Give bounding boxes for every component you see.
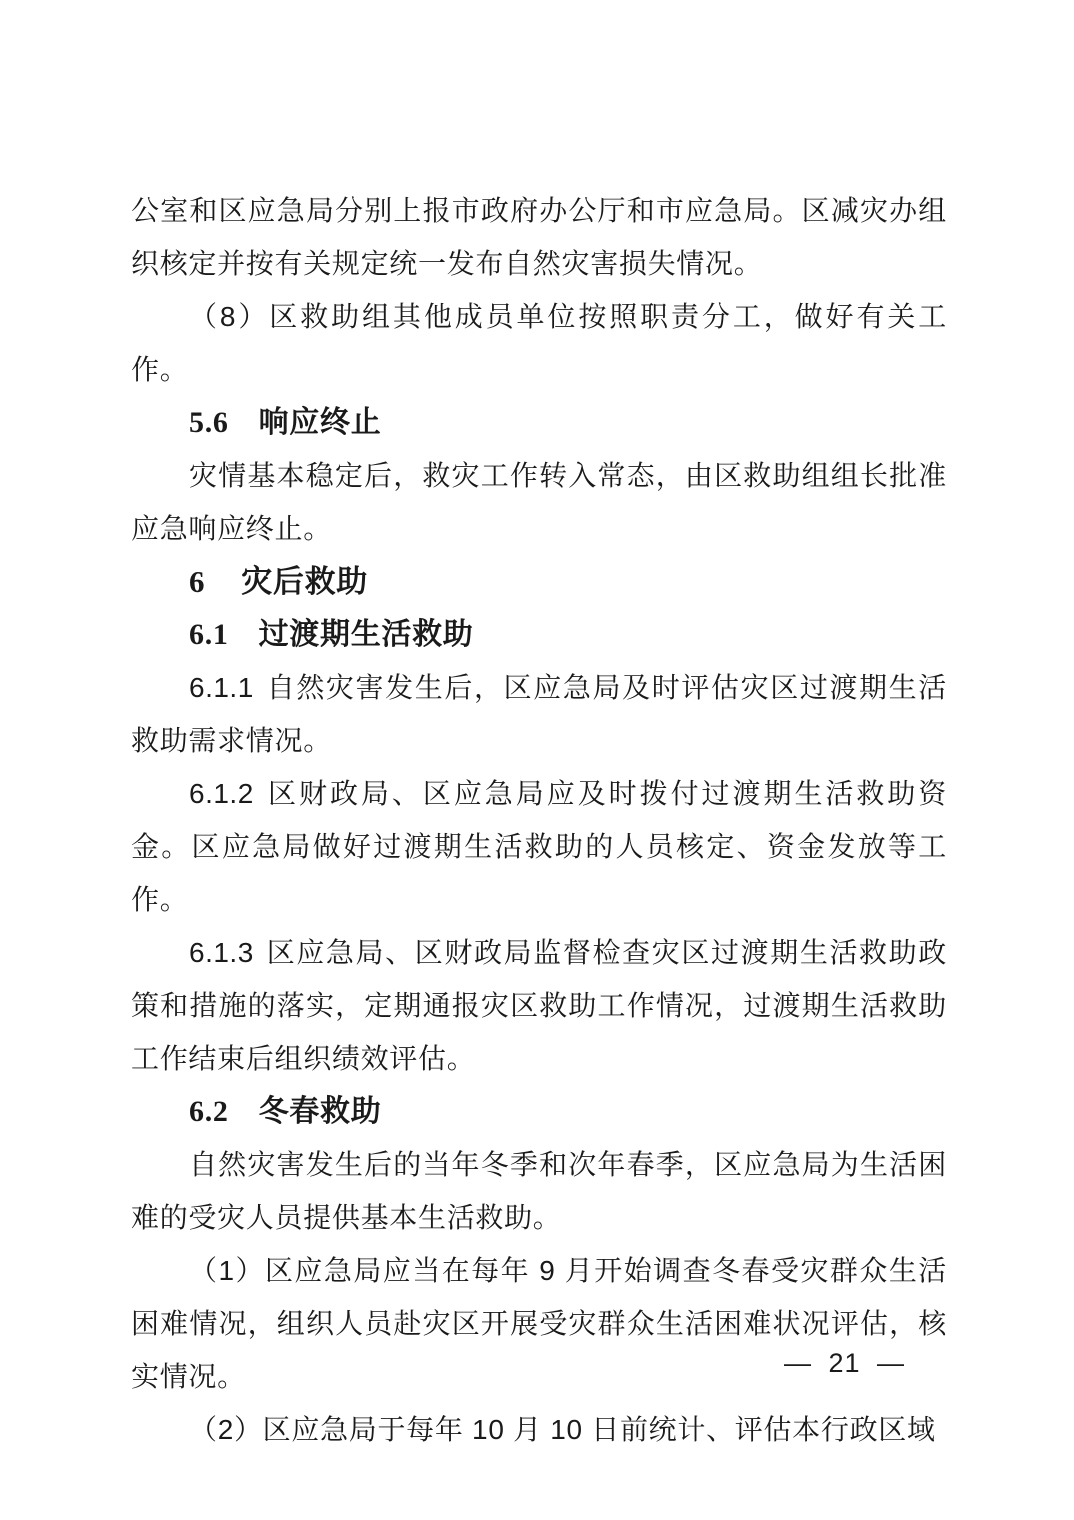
heading-title: 响应终止	[259, 406, 382, 439]
document-body: 公室和区应急局分别上报市政府办公厅和市应急局。区减灾办组织核定并按有关规定统一发…	[131, 184, 947, 1456]
paragraph-section-number: 6.1.1	[189, 672, 254, 703]
heading-6-1: 6.1过渡期生活救助	[131, 608, 947, 661]
paragraph-item-2: （2）区应急局于每年 10 月 10 日前统计、评估本行政区域	[131, 1403, 947, 1456]
paragraph-6-1-1: 6.1.1自然灾害发生后，区应急局及时评估灾区过渡期生活救助需求情况。	[131, 661, 947, 767]
heading-title: 灾后救助	[241, 564, 368, 599]
heading-title: 冬春救助	[259, 1095, 382, 1128]
paragraph-item-1: （1）区应急局应当在每年 9 月开始调查冬春受灾群众生活困难情况，组织人员赴灾区…	[131, 1244, 947, 1403]
paragraph-response-end: 灾情基本稳定后，救灾工作转入常态，由区救助组组长批准应急响应终止。	[131, 449, 947, 555]
heading-6: 6灾后救助	[131, 555, 947, 608]
page-number: — 21 —	[784, 1347, 905, 1379]
paragraph-6-1-2: 6.1.2区财政局、区应急局应及时拨付过渡期生活救助资金。区应急局做好过渡期生活…	[131, 767, 947, 926]
heading-number: 6	[189, 564, 205, 599]
paragraph-6-1-3: 6.1.3区应急局、区财政局监督检查灾区过渡期生活救助政策和措施的落实，定期通报…	[131, 926, 947, 1085]
paragraph-item-8: （8）区救助组其他成员单位按照职责分工，做好有关工作。	[131, 290, 947, 396]
heading-5-6: 5.6响应终止	[131, 396, 947, 449]
paragraph-section-number: 6.1.3	[189, 937, 254, 968]
heading-number: 6.2	[189, 1095, 229, 1128]
heading-title: 过渡期生活救助	[259, 618, 474, 651]
paragraph-section-number: 6.1.2	[189, 778, 254, 809]
document-page: 公室和区应急局分别上报市政府办公厅和市应急局。区减灾办组织核定并按有关规定统一发…	[0, 0, 1074, 1520]
heading-number: 6.1	[189, 618, 229, 651]
heading-6-2: 6.2冬春救助	[131, 1085, 947, 1138]
heading-number: 5.6	[189, 406, 229, 439]
paragraph-carryover: 公室和区应急局分别上报市政府办公厅和市应急局。区减灾办组织核定并按有关规定统一发…	[131, 184, 947, 290]
paragraph-winter-intro: 自然灾害发生后的当年冬季和次年春季，区应急局为生活困难的受灾人员提供基本生活救助…	[131, 1138, 947, 1244]
